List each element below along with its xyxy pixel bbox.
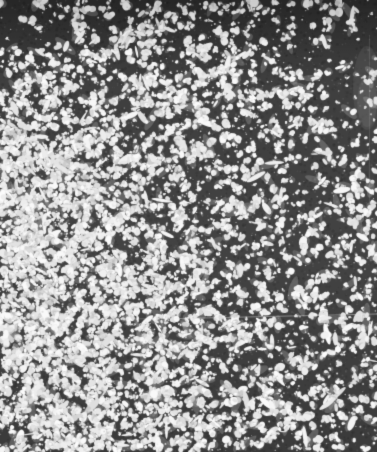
micrograph-canvas [0, 0, 377, 452]
page: { "figure": { "width": 377, "height": 45… [0, 0, 377, 452]
micrograph-image [0, 0, 377, 452]
